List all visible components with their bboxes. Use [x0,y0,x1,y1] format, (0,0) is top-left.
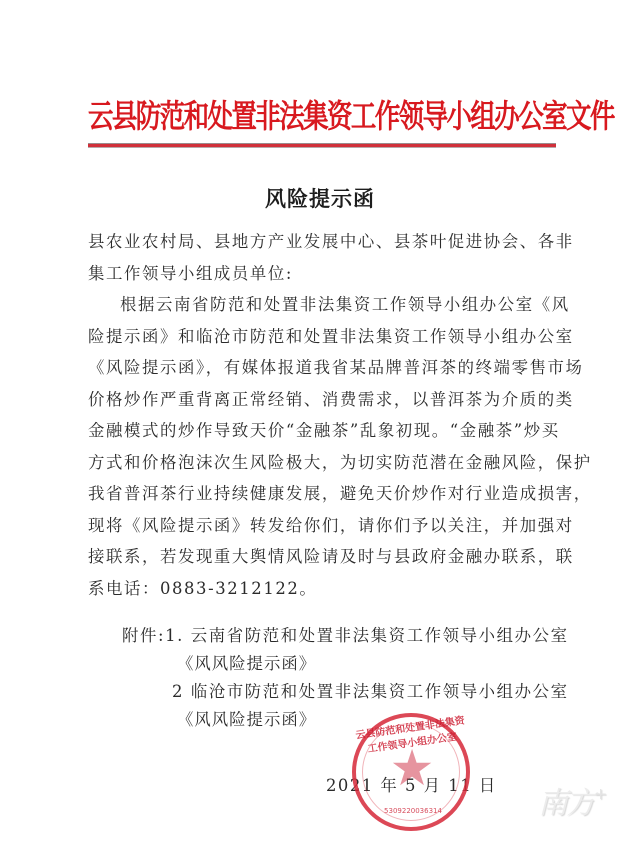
body-line: 现将《风险提示函》转发给你们，请你们予以关注，并加强对 [88,510,558,542]
document-subtitle: 风险提示函 [0,183,640,213]
document-page: 云县防范和处置非法集资工作领导小组办公室文件 风险提示函 县农业农村局、县地方产… [0,0,640,849]
watermark-text: 南方 [538,786,594,821]
body-line: 方式和价格泡沫次生风险极大，为切实防范潜在金融风险，保护 [88,447,558,479]
body-line: 价格炒作严重背离正常经销、消费需求，以普洱茶为介质的类 [88,384,558,416]
body-line: 险提示函》和临沧市防范和处置非法集资工作领导小组办公室 [88,321,558,353]
attachment-1-title: 附件:1. 云南省防范和处置非法集资工作领导小组办公室 [122,620,556,652]
official-seal: 云县防范和处置非法集资工作领导小组办公室 ★ 5309220036314 [352,713,470,831]
attachment-2-name: 《风风险提示函》 [177,704,316,736]
header-red-rule [88,143,556,148]
letter-body: 县农业农村局、县地方产业发展中心、县茶叶促进协会、各非 集工作领导小组成员单位:… [88,226,558,604]
seal-code: 5309220036314 [378,807,448,815]
recipients-line: 县农业农村局、县地方产业发展中心、县茶叶促进协会、各非 [88,226,558,258]
body-line: 根据云南省防范和处置非法集资工作领导小组办公室《风 [88,289,558,321]
body-line: 《风险提示函》，有媒体报道我省某品牌普洱茶的终端零售市场 [88,352,558,384]
issuing-office-title: 云县防范和处置非法集资工作领导小组办公室文件 [88,90,558,145]
recipients-line: 集工作领导小组成员单位: [88,258,558,290]
nanfang-plus-watermark: 南方+ [538,778,605,822]
attachment-1-name: 《风风险提示函》 [177,648,316,680]
body-line: 金融模式的炒作导致天价“金融茶”乱象初现。“金融茶”炒买 [88,415,558,447]
seal-star-icon: ★ [388,745,436,791]
body-line: 接联系，若发现重大舆情风险请及时与县政府金融办联系，联 [88,541,558,573]
watermark-plus-icon: + [594,784,605,803]
attachment-2-title: 2 临沧市防范和处置非法集资工作领导小组办公室 [172,676,556,708]
body-line: 我省普洱茶行业持续健康发展，避免天价炒作对行业造成损害， [88,478,558,510]
contact-phone-line: 系电话：0883-3212122。 [88,573,558,605]
